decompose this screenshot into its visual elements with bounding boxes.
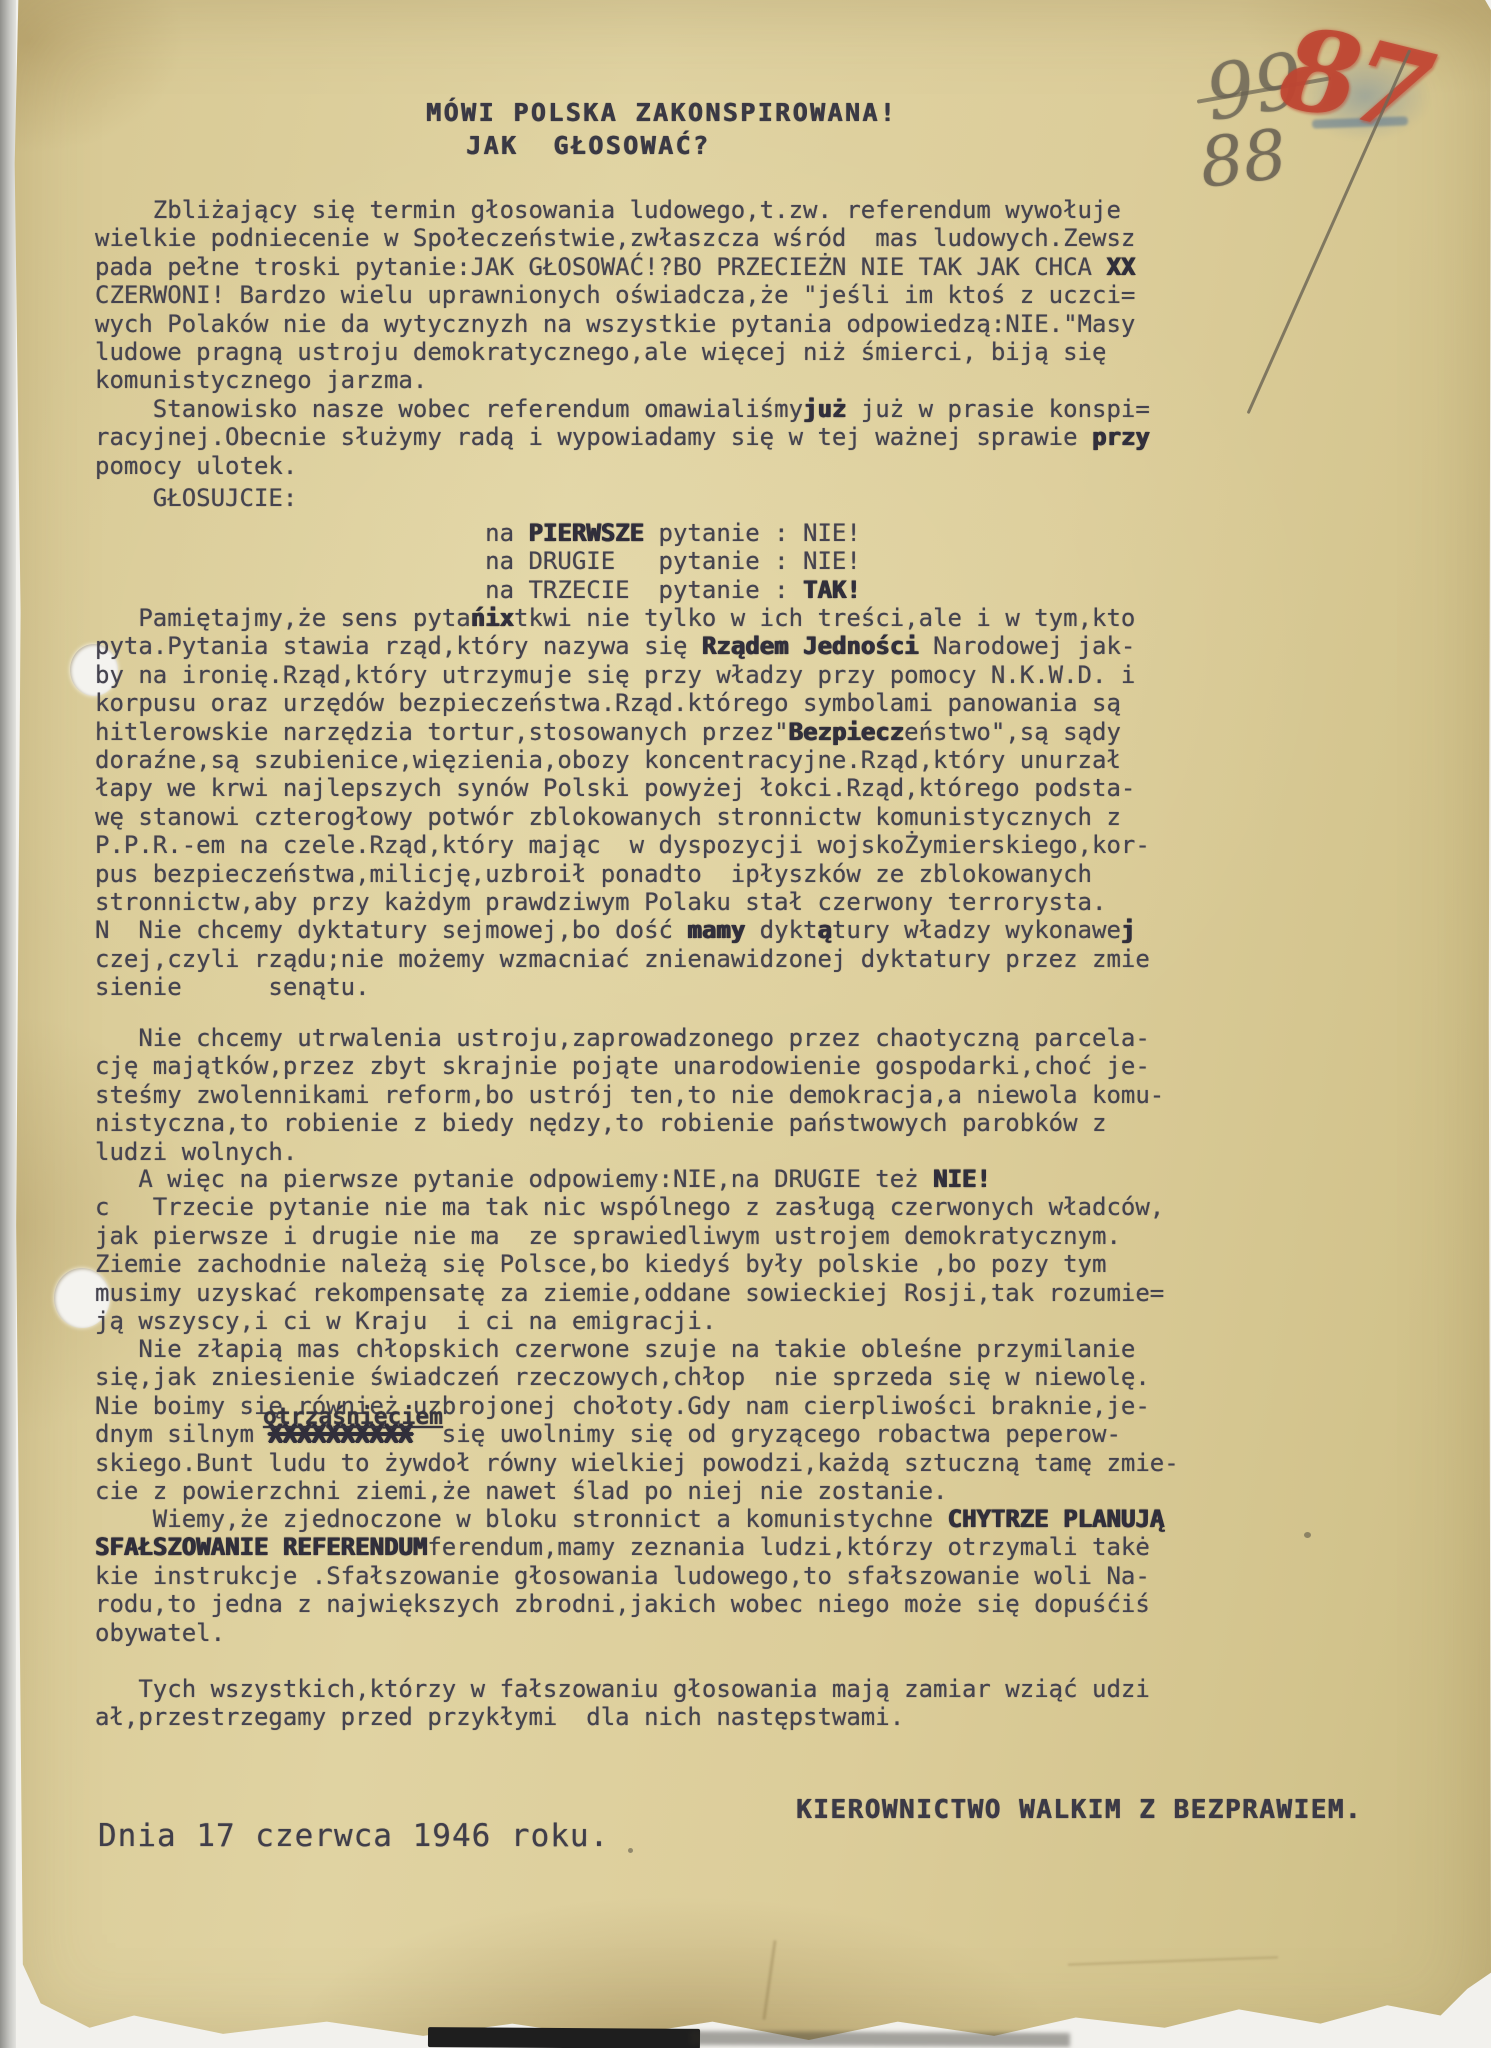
overstruck-text: już (803, 395, 846, 423)
overstruck-text: NIE! (933, 1165, 991, 1193)
text-segment: hitlerowskie narzędzia tortur,stosowanyc… (95, 718, 789, 746)
paragraph: Nie chcemy utrwalenia ustroju,zaprowadzo… (95, 1024, 1164, 1166)
overstruck-text: j (1121, 916, 1135, 944)
signature-line: KIEROWNICTWO WALKIM Z BEZPRAWIEM. (796, 1795, 1362, 1825)
pencil-number-lower: 88 (1196, 115, 1292, 204)
document-line: się,jak zniesienie świadczeń rzeczowych,… (95, 1363, 1179, 1391)
document-line: steśmy zwolennikami reform,bo ustrój ten… (95, 1081, 1164, 1109)
document-line: pada pełne troski pytanie:JAK GŁOSOWAĆ!?… (95, 253, 1135, 281)
paragraph: Wiemy,że zjednoczone w bloku stronnict a… (95, 1505, 1164, 1647)
document-line: łapy we krwi najlepszych synów Polski po… (95, 774, 1150, 802)
document-line: ludzi wolnych. (95, 1138, 1164, 1166)
document-line: P.P.R.-em na czele.Rząd,który mając w dy… (95, 831, 1150, 859)
document-line: nistyczna,to robienie z biedy nędzy,to r… (95, 1109, 1164, 1137)
text-segment: racyjnej.Obecnie służymy radą i wypowiad… (95, 423, 1092, 451)
paragraph: Stanowisko nasze wobec referendum omawia… (95, 395, 1150, 480)
text-segment: ferendum,mamy zeznania ludzi,którzy otrz… (427, 1533, 1149, 1561)
text-segment: dnym silnym (95, 1420, 268, 1448)
document-line: sienie senątu. (95, 973, 1150, 1001)
text-segment: N Nie chcemy dyktatury sejmowej,bo dość (95, 916, 687, 944)
text-segment: tkwi nie tylko w ich treści,ale i w tym,… (514, 604, 1135, 632)
document-line: ał,przestrzegamy przed przykłymi dla nic… (95, 1703, 1150, 1731)
overstruck-text: ą (817, 916, 831, 944)
text-segment: Narodowej jak- (919, 632, 1136, 660)
document-line: hitlerowskie narzędzia tortur,stosowanyc… (95, 718, 1150, 746)
paragraph: Tych wszystkich,którzy w fałszowaniu gło… (95, 1675, 1150, 1732)
document-line: Stanowisko nasze wobec referendum omawia… (95, 395, 1150, 423)
scanner-edge (0, 0, 16, 2048)
scan-bottom-dark-bar (428, 2027, 700, 2048)
document-line: Pamiętajmy,że sens pytańixtkwi nie tylko… (95, 604, 1150, 632)
text-segment: na (95, 519, 528, 547)
document-line: Tych wszystkich,którzy w fałszowaniu gło… (95, 1675, 1150, 1703)
document-line: jak pierwsze i drugie nie ma ze sprawied… (95, 1222, 1164, 1250)
document-line: dnym silnym otrząśnięciemXXXXXXXXXX się … (95, 1420, 1179, 1448)
overstruck-text: XX (1106, 253, 1135, 281)
text-segment: eństwo",są sądy (904, 718, 1121, 746)
document-line: Wiemy,że zjednoczone w bloku stronnict a… (95, 1505, 1164, 1533)
document-line: A więc na pierwsze pytanie odpowiemy:NIE… (95, 1165, 1164, 1193)
document-line: pomocy ulotek. (95, 452, 1150, 480)
document-line: czej,czyli rządu;nie możemy wzmacniać zn… (95, 945, 1150, 973)
date-line: Dnia 17 czerwca 1946 roku. (98, 1818, 609, 1854)
text-segment: na TRZECIE pytanie : (95, 576, 803, 604)
overstruck-text: ńix (471, 604, 514, 632)
document-line: Zbliżający się termin głosowania ludoweg… (95, 196, 1135, 224)
text-segment: się uwolnimy się od gryzącego robactwa p… (413, 1420, 1121, 1448)
document-line: wych Polaków nie da wytycznyzh na wszyst… (95, 310, 1135, 338)
text-segment: tury władzy wykonawe (832, 916, 1121, 944)
document-body: Zbliżający się termin głosowania ludoweg… (8, 0, 1491, 2042)
text-segment: A więc na pierwsze pytanie odpowiemy:NIE… (95, 1165, 933, 1193)
overstruck-text: otrząśnięciem (263, 1403, 443, 1431)
document-line: doraźne,są szubienice,więzienia,obozy ko… (95, 746, 1150, 774)
text-segment: pyta.Pytania stawia rząd,który nazywa si… (95, 632, 702, 660)
paragraph: GŁOSUJCIE: (95, 484, 297, 512)
document-line: kie instrukcje .Sfałszowanie głosowania … (95, 1562, 1164, 1590)
overstruck-text: Rządem Jedności (702, 632, 919, 660)
document-line: c Trzecie pytanie nie ma tak nic wspólne… (95, 1193, 1164, 1221)
overstruck-text: mamy (687, 916, 745, 944)
paragraph: Pamiętajmy,że sens pytańixtkwi nie tylko… (95, 604, 1150, 1001)
document-line: by na ironię.Rząd,który utrzymuje się pr… (95, 661, 1150, 689)
document-page: MÓWI POLSKA ZAKONSPIROWANA! JAK GŁOSOWAĆ… (8, 0, 1491, 2042)
scanned-document-scene: MÓWI POLSKA ZAKONSPIROWANA! JAK GŁOSOWAĆ… (0, 0, 1491, 2048)
document-line: pus bezpieczeństwa,milicję,uzbroił ponad… (95, 860, 1150, 888)
overstruck-text: SFAŁSZOWANIE REFERENDUM (95, 1533, 427, 1561)
overstruck-text: TAK! (803, 576, 861, 604)
document-line: musimy uzyskać rekompensatę za ziemie,od… (95, 1279, 1164, 1307)
paragraph: A więc na pierwsze pytanie odpowiemy:NIE… (95, 1165, 1164, 1335)
text-segment: Stanowisko nasze wobec referendum omawia… (95, 395, 803, 423)
document-line: wielkie podniecenie w Społeczeństwie,zwł… (95, 224, 1135, 252)
text-segment: pada pełne troski pytanie:JAK GŁOSOWAĆ!?… (95, 253, 1106, 281)
document-line: rodu,to jedna z największych zbrodni,jak… (95, 1590, 1164, 1618)
text-segment: Wiemy,że zjednoczone w bloku stronnict a… (95, 1505, 948, 1533)
document-line: SFAŁSZOWANIE REFERENDUMferendum,mamy zez… (95, 1533, 1164, 1561)
ink-speck (1304, 1532, 1311, 1538)
document-line: Ziemie zachodnie należą się Polsce,bo ki… (95, 1250, 1164, 1278)
document-line: Nie chcemy utrwalenia ustroju,zaprowadzo… (95, 1024, 1164, 1052)
document-line: racyjnej.Obecnie służymy radą i wypowiad… (95, 423, 1150, 451)
text-segment: dykt (745, 916, 817, 944)
text-segment: już w prasie konspi= (846, 395, 1149, 423)
document-line: stronnictw,aby przy każdym prawdziwym Po… (95, 888, 1150, 916)
overstruck-text: PIERWSZE (528, 519, 644, 547)
document-line: cie z powierzchni ziemi,że nawet ślad po… (95, 1477, 1179, 1505)
overstruck-text: Bezpiecz (789, 718, 905, 746)
ink-speck (628, 1848, 633, 1853)
document-line: pyta.Pytania stawia rząd,który nazywa si… (95, 632, 1150, 660)
scan-bottom-shadow (690, 2031, 1070, 2047)
document-line: Nie złapią mas chłopskich czerwone szuje… (95, 1335, 1179, 1363)
document-line: GŁOSUJCIE: (95, 484, 297, 512)
document-line: wę stanowi czterogłowy potwór zblokowany… (95, 803, 1150, 831)
paragraph: na PIERWSZE pytanie : NIE! na DRUGIE pyt… (95, 519, 861, 604)
document-line: korpusu oraz urzędów bezpieczeństwa.Rząd… (95, 689, 1150, 717)
document-line: CZERWONI! Bardzo wielu uprawnionych oświ… (95, 281, 1135, 309)
document-line: na TRZECIE pytanie : TAK! (95, 576, 861, 604)
document-line: cję majątków,przez zbyt skrajnie pojąte … (95, 1052, 1164, 1080)
text-segment: Pamiętajmy,że sens pyta (95, 604, 471, 632)
paragraph: Zbliżający się termin głosowania ludoweg… (95, 196, 1135, 395)
paragraph: Nie złapią mas chłopskich czerwone szuje… (95, 1335, 1179, 1505)
document-line: komunistycznego jarzma. (95, 366, 1135, 394)
document-line: skiego.Bunt ludu to żywdoł równy wielkie… (95, 1449, 1179, 1477)
text-segment: pytanie : NIE! (644, 519, 861, 547)
document-line: N Nie chcemy dyktatury sejmowej,bo dość … (95, 916, 1150, 944)
document-line: Nie boimy się również uzbrojonej chołoty… (95, 1392, 1179, 1420)
document-line: obywatel. (95, 1619, 1164, 1647)
document-line: na PIERWSZE pytanie : NIE! (95, 519, 861, 547)
document-line: na DRUGIE pytanie : NIE! (95, 547, 861, 575)
document-line: ludowe pragną ustroju demokratycznego,al… (95, 338, 1135, 366)
overstruck-text: CHYTRZE PLANUJĄ (948, 1505, 1165, 1533)
overstruck-text: przy (1092, 423, 1150, 451)
document-line: ją wszyscy,i ci w Kraju i ci na emigracj… (95, 1307, 1164, 1335)
